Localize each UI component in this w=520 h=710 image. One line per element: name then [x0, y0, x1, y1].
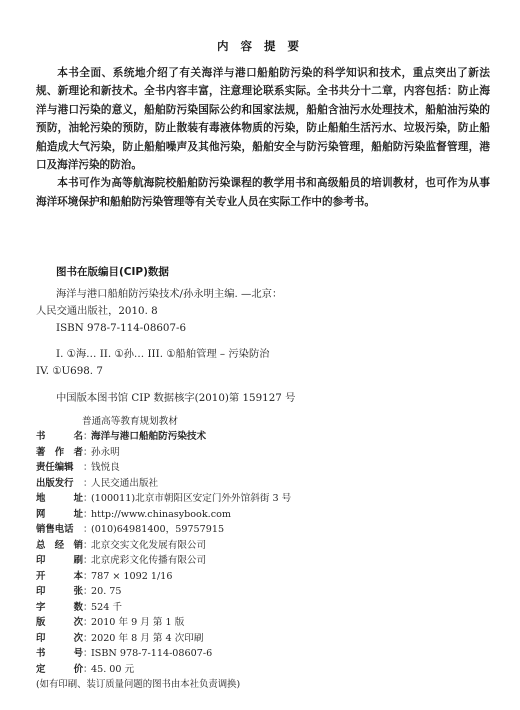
colon: ： — [83, 631, 91, 647]
colophon-value: ISBN 978-7-114-08607-6 — [91, 646, 212, 662]
colophon-label: 定价 — [36, 662, 83, 678]
colon: ： — [83, 646, 91, 662]
colon: ： — [83, 491, 91, 507]
colophon-value: http://www.chinasybook.com — [91, 507, 231, 523]
label-char: 印 — [36, 631, 45, 647]
cip-title-line: 海洋与港口船舶防污染技术/孙永明主编. —北京： — [36, 286, 336, 303]
colon: ： — [83, 460, 91, 476]
cip-record-number: 中国版本图书馆 CIP 数据核字(2010)第 159127 号 — [36, 390, 336, 407]
cip-classification-code: IV. ①U698. 7 — [36, 363, 336, 380]
label-char: 刷 — [74, 553, 83, 569]
colophon-row: 书号：ISBN 978-7-114-08607-6 — [36, 646, 291, 662]
label-char: 张 — [74, 584, 83, 600]
colophon-label: 网址 — [36, 507, 83, 523]
colophon-row: 网址：http://www.chinasybook.com — [36, 507, 291, 523]
label-char: 总 — [36, 538, 45, 554]
colophon-value: 孙永明 — [91, 445, 120, 461]
colophon-label: 销售电话 — [36, 522, 83, 538]
label-char: 版 — [36, 615, 45, 631]
colon: ： — [83, 445, 91, 461]
colophon-value: 钱悦良 — [91, 460, 120, 476]
label-char: 本 — [74, 569, 83, 585]
cip-heading: 图书在版编目(CIP)数据 — [56, 264, 169, 279]
colophon-label: 开本 — [36, 569, 83, 585]
colophon-row: 开本：787 × 1092 1/16 — [36, 569, 291, 585]
label-char: 定 — [36, 662, 45, 678]
colon: ： — [83, 569, 91, 585]
colophon-row: 出版发行：人民交通出版社 — [36, 476, 291, 492]
colophon-row: 印次：2020 年 8 月 第 4 次印刷 — [36, 631, 291, 647]
abstract-title: 内 容 提 要 — [0, 38, 520, 54]
colophon-row: 印刷：北京虎彩文化传播有限公司 — [36, 553, 291, 569]
colophon-value: 北京虎彩文化传播有限公司 — [91, 553, 206, 569]
colophon-value: 2020 年 8 月 第 4 次印刷 — [91, 631, 203, 647]
replacement-note: (如有印刷、装订质量问题的图书由本社负责调换) — [36, 677, 291, 693]
colon: ： — [83, 553, 91, 569]
colophon-value: 20. 75 — [91, 584, 122, 600]
label-char: 字 — [36, 600, 45, 616]
colophon-row: 总经销：北京交实文化发展有限公司 — [36, 538, 291, 554]
label-char: 印 — [36, 584, 45, 600]
label-char: 责任编辑 — [36, 460, 74, 476]
colophon-row: 字数：524 千 — [36, 600, 291, 616]
colophon-label: 印次 — [36, 631, 83, 647]
colophon-label: 字数 — [36, 600, 83, 616]
label-char: 销售电话 — [36, 522, 74, 538]
colophon-label: 著作者 — [36, 445, 83, 461]
colophon-label: 书号 — [36, 646, 83, 662]
label-char: 著 — [36, 445, 45, 461]
colophon-row: 版次：2010 年 9 月 第 1 版 — [36, 615, 291, 631]
colophon-value: (100011)北京市朝阳区安定门外外馆斜街 3 号 — [91, 491, 291, 507]
label-char: 销 — [74, 538, 83, 554]
colophon-row: 书名：海洋与港口船舶防污染技术 — [36, 429, 291, 445]
label-char: 经 — [55, 538, 64, 554]
label-char: 网 — [36, 507, 45, 523]
label-char: 者 — [74, 445, 83, 461]
colophon-label: 地址 — [36, 491, 83, 507]
colophon-row: 地址：(100011)北京市朝阳区安定门外外馆斜街 3 号 — [36, 491, 291, 507]
colophon-value: 北京交实文化发展有限公司 — [91, 538, 206, 554]
colophon-row: 印张：20. 75 — [36, 584, 291, 600]
colophon-label: 出版发行 — [36, 476, 83, 492]
colon: ： — [83, 600, 91, 616]
colophon-label: 印张 — [36, 584, 83, 600]
colophon-row: 责任编辑：钱悦良 — [36, 460, 291, 476]
label-char: 址 — [74, 491, 83, 507]
colophon-label: 书名 — [36, 429, 83, 445]
colon: ： — [83, 615, 91, 631]
colon: ： — [83, 662, 91, 678]
colophon-value: (010)64981400，59757915 — [91, 522, 224, 538]
colon: ： — [83, 538, 91, 554]
colophon-label: 责任编辑 — [36, 460, 83, 476]
label-char: 作 — [55, 445, 64, 461]
colophon-value: 海洋与港口船舶防污染技术 — [91, 429, 206, 445]
label-char: 开 — [36, 569, 45, 585]
colophon-value: 人民交通出版社 — [91, 476, 158, 492]
label-char: 地 — [36, 491, 45, 507]
colon: ： — [83, 584, 91, 600]
colon: ： — [83, 522, 91, 538]
colophon-value: 787 × 1092 1/16 — [91, 569, 172, 585]
label-char: 次 — [74, 631, 83, 647]
series-name: 普通高等教育规划教材 — [82, 413, 178, 427]
abstract-body: 本书全面、系统地介绍了有关海洋与港口船舶防污染的科学知识和技术，重点突出了新法规… — [36, 64, 490, 211]
label-char: 址 — [74, 507, 83, 523]
label-char: 价 — [74, 662, 83, 678]
label-char: 印 — [36, 553, 45, 569]
cip-isbn: ISBN 978-7-114-08607-6 — [36, 320, 336, 337]
abstract-paragraph-2: 本书可作为高等航海院校船舶防污染课程的教学用书和高级船员的培训教材，也可作为从事… — [36, 174, 490, 211]
cip-publisher-line: 人民交通出版社，2010. 8 — [36, 303, 336, 320]
label-char: 数 — [74, 600, 83, 616]
label-char: 名 — [74, 429, 83, 445]
colon: ： — [83, 429, 91, 445]
colophon-label: 总经销 — [36, 538, 83, 554]
colophon-row: 定价：45. 00 元 — [36, 662, 291, 678]
colophon-value: 524 千 — [91, 600, 122, 616]
colon: ： — [83, 507, 91, 523]
cip-classification: I. ①海… II. ①孙… III. ①船舶管理 – 污染防治 — [36, 346, 336, 363]
label-char: 书 — [36, 646, 45, 662]
colophon-row: 著作者：孙永明 — [36, 445, 291, 461]
label-char: 书 — [36, 429, 45, 445]
colophon-label: 版次 — [36, 615, 83, 631]
colophon-value: 45. 00 元 — [91, 662, 134, 678]
cip-block: 海洋与港口船舶防污染技术/孙永明主编. —北京： 人民交通出版社，2010. 8… — [36, 286, 336, 407]
colophon-table: 书名：海洋与港口船舶防污染技术著作者：孙永明责任编辑：钱悦良出版发行：人民交通出… — [36, 429, 291, 693]
colophon-label: 印刷 — [36, 553, 83, 569]
colophon-value: 2010 年 9 月 第 1 版 — [91, 615, 184, 631]
label-char: 号 — [74, 646, 83, 662]
colon: ： — [83, 476, 91, 492]
label-char: 次 — [74, 615, 83, 631]
label-char: 出版发行 — [36, 476, 74, 492]
colophon-row: 销售电话：(010)64981400，59757915 — [36, 522, 291, 538]
abstract-paragraph-1: 本书全面、系统地介绍了有关海洋与港口船舶防污染的科学知识和技术，重点突出了新法规… — [36, 64, 490, 174]
